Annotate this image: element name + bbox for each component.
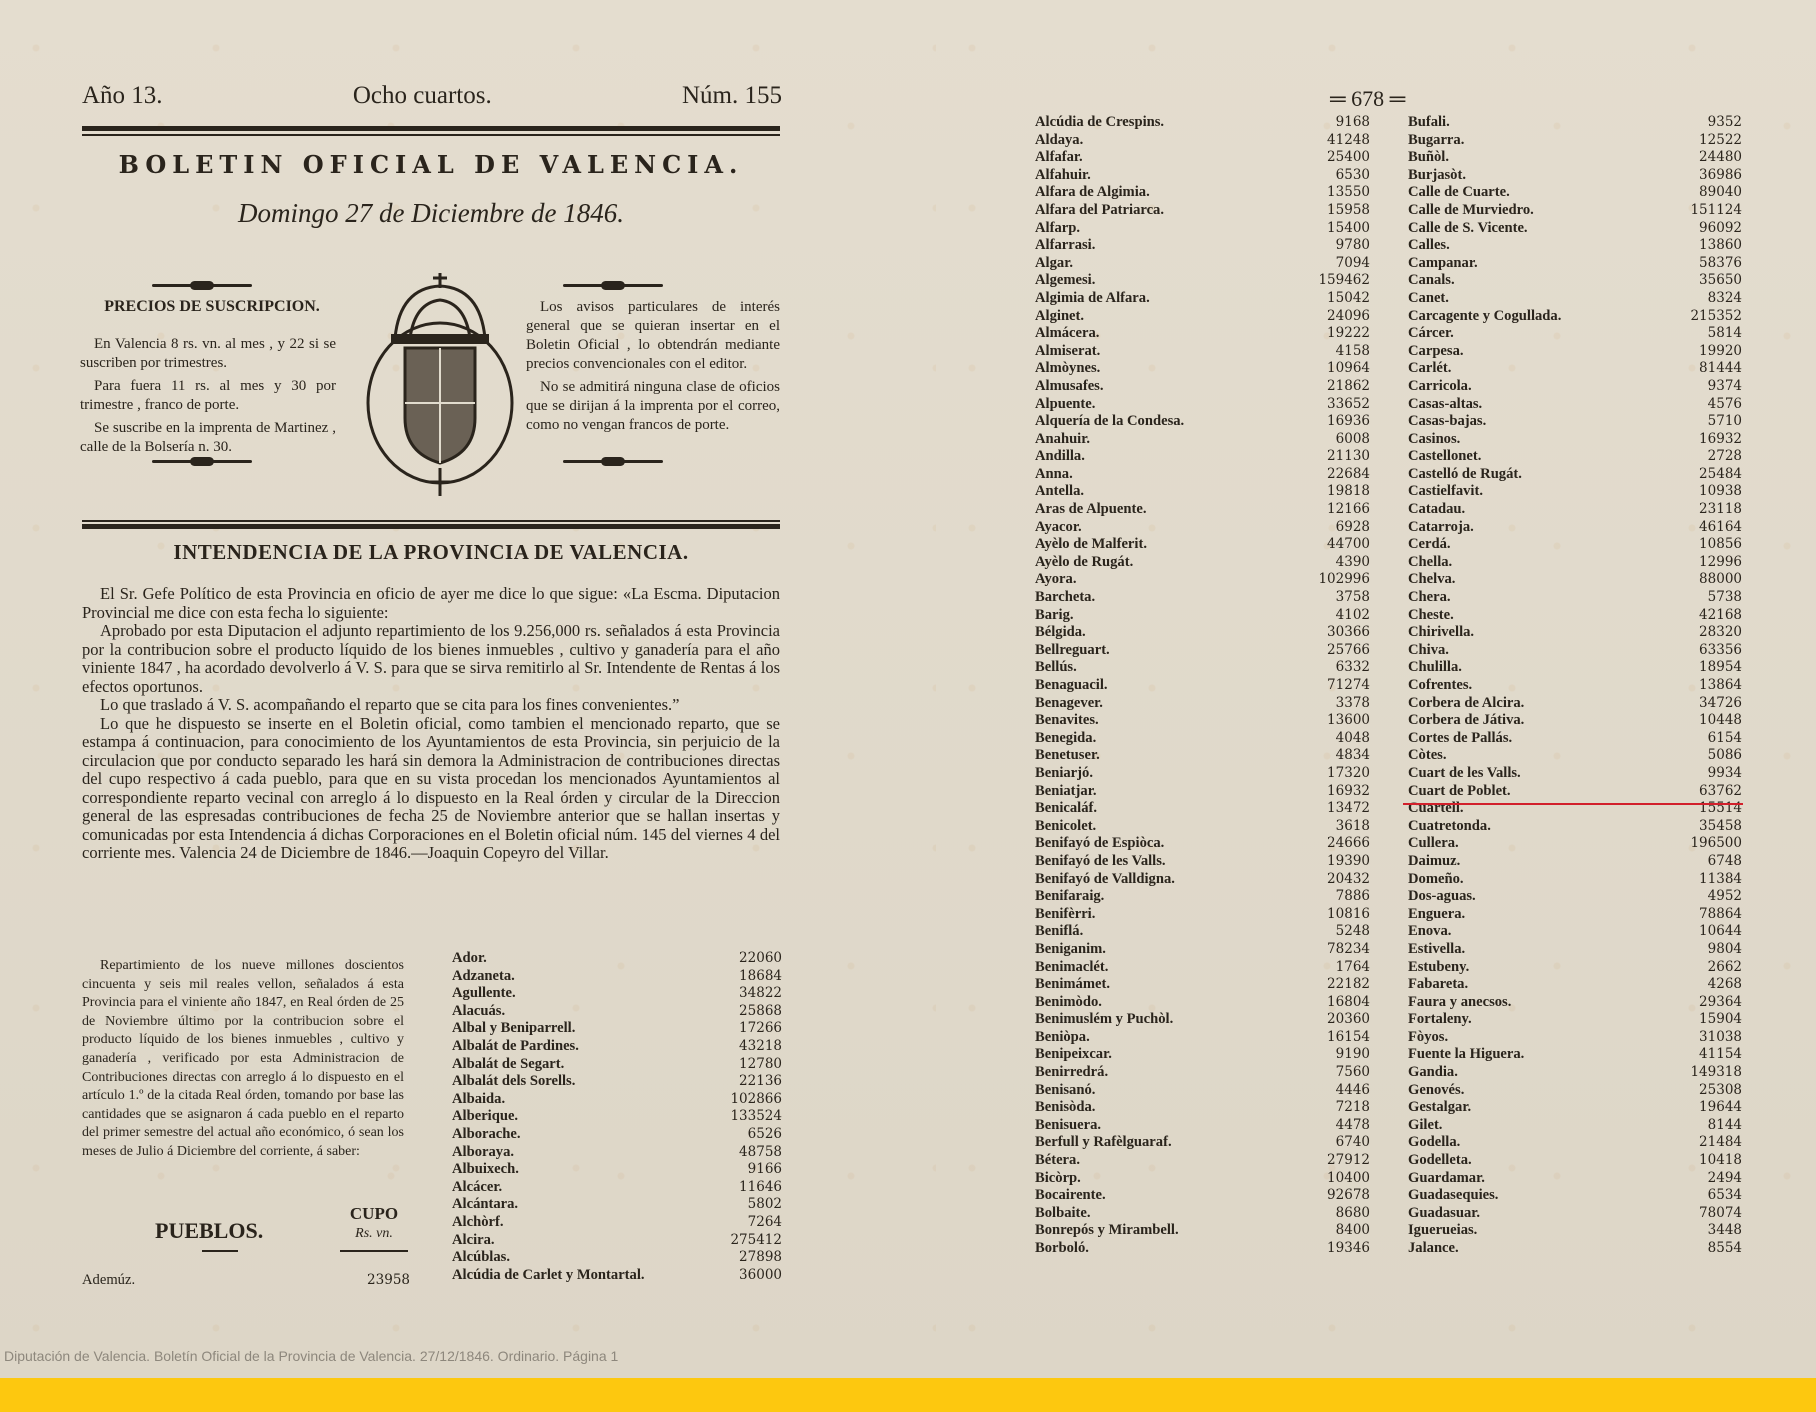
list-item: Benagever.3378 bbox=[1035, 695, 1370, 713]
entry-name: Dos-aguas. bbox=[1408, 888, 1476, 906]
list-item: Alfarp.15400 bbox=[1035, 220, 1370, 238]
entry-value: 81444 bbox=[1699, 360, 1742, 378]
entry-name: Alacuás. bbox=[452, 1003, 505, 1021]
list-item: Alfafar.25400 bbox=[1035, 149, 1370, 167]
body-p3: Lo que traslado á V. S. acompañando el r… bbox=[82, 696, 780, 715]
entry-name: Cuart de les Valls. bbox=[1408, 765, 1521, 783]
list-item: Ador.22060 bbox=[452, 950, 782, 968]
entry-name: Bolbaite. bbox=[1035, 1205, 1091, 1223]
list-item: Catadau.23118 bbox=[1408, 501, 1742, 519]
entry-value: 25484 bbox=[1699, 466, 1742, 484]
entry-value: 28320 bbox=[1699, 624, 1742, 642]
entry-value: 44700 bbox=[1327, 536, 1370, 554]
entry-name: Barig. bbox=[1035, 607, 1074, 625]
entry-value: 12996 bbox=[1699, 554, 1742, 572]
entry-name: Calle de S. Vicente. bbox=[1408, 220, 1528, 238]
list-item: Chiva.63356 bbox=[1408, 642, 1742, 660]
entry-name: Guadasequies. bbox=[1408, 1187, 1498, 1205]
entry-value: 9934 bbox=[1708, 765, 1742, 783]
notices-text: Los avisos particulares de interés gener… bbox=[526, 298, 780, 435]
entry-value: 4952 bbox=[1708, 888, 1742, 906]
entry-value: 78074 bbox=[1699, 1205, 1742, 1223]
list-item: Casinos.16932 bbox=[1408, 431, 1742, 449]
entry-value: 7094 bbox=[1336, 255, 1370, 273]
entry-name: Calle de Cuarte. bbox=[1408, 184, 1510, 202]
entry-name: Chiva. bbox=[1408, 642, 1449, 660]
list-item: Chelva.88000 bbox=[1408, 571, 1742, 589]
entry-name: Benicaláf. bbox=[1035, 800, 1097, 818]
entry-value: 21130 bbox=[1327, 448, 1370, 466]
entry-value: 4268 bbox=[1708, 976, 1742, 994]
entry-value: 21862 bbox=[1327, 378, 1370, 396]
subscription-text: En Valencia 8 rs. vn. al mes , y 22 si s… bbox=[80, 335, 336, 457]
list-item: Alchòrf.7264 bbox=[452, 1214, 782, 1232]
entry-name: Estivella. bbox=[1408, 941, 1465, 959]
entry-name: Iguerueias. bbox=[1408, 1222, 1477, 1240]
list-item: Barcheta.3758 bbox=[1035, 589, 1370, 607]
entry-name: Ador. bbox=[452, 950, 487, 968]
entry-value: 63762 bbox=[1699, 783, 1742, 801]
entry-name: Guardamar. bbox=[1408, 1170, 1485, 1188]
list-item: Benimámet.22182 bbox=[1035, 976, 1370, 994]
entry-value: 10856 bbox=[1699, 536, 1742, 554]
list-item: Corbera de Játiva.10448 bbox=[1408, 712, 1742, 730]
list-item: Almòynes.10964 bbox=[1035, 360, 1370, 378]
list-item: Carpesa.19920 bbox=[1408, 343, 1742, 361]
pueblos-header: PUEBLOS. bbox=[155, 1218, 263, 1244]
entry-value: 6008 bbox=[1336, 431, 1370, 449]
entry-value: 25400 bbox=[1327, 149, 1370, 167]
header-rule bbox=[82, 126, 780, 131]
list-item: Benimaclét.1764 bbox=[1035, 959, 1370, 977]
list-item: Benifayó de Espiòca.24666 bbox=[1035, 835, 1370, 853]
entry-name: Adzaneta. bbox=[452, 968, 515, 986]
entry-name: Jalance. bbox=[1408, 1240, 1459, 1258]
entry-name: Enguera. bbox=[1408, 906, 1465, 924]
list-item: Estivella.9804 bbox=[1408, 941, 1742, 959]
list-item: Ayora.102996 bbox=[1035, 571, 1370, 589]
list-item: Beniganim.78234 bbox=[1035, 941, 1370, 959]
entry-value: 23958 bbox=[367, 1272, 410, 1290]
entry-name: Albalát de Pardines. bbox=[452, 1038, 579, 1056]
list-item: Cullera.196500 bbox=[1408, 835, 1742, 853]
entry-name: Beniganim. bbox=[1035, 941, 1106, 959]
entry-name: Benimòdo. bbox=[1035, 994, 1102, 1012]
list-item: Benifayó de Valldigna.20432 bbox=[1035, 871, 1370, 889]
entry-value: 151124 bbox=[1690, 202, 1742, 220]
page-number: ═ 678 ═ bbox=[1330, 86, 1405, 112]
entry-value: 9374 bbox=[1708, 378, 1742, 396]
entry-value: 24096 bbox=[1327, 308, 1370, 326]
list-item: Benaguacil.71274 bbox=[1035, 677, 1370, 695]
entry-name: Anna. bbox=[1035, 466, 1073, 484]
entry-value: 9190 bbox=[1336, 1046, 1370, 1064]
section-rule-thick bbox=[82, 524, 780, 529]
entry-value: 2494 bbox=[1708, 1170, 1742, 1188]
list-item: Alpuente.33652 bbox=[1035, 396, 1370, 414]
entry-name: Aras de Alpuente. bbox=[1035, 501, 1146, 519]
entry-name: Benipeixcar. bbox=[1035, 1046, 1112, 1064]
list-item: Castelló de Rugát.25484 bbox=[1408, 466, 1742, 484]
list-item: Alcántara.5802 bbox=[452, 1196, 782, 1214]
body-p1: El Sr. Gefe Político de esta Provincia e… bbox=[82, 585, 780, 622]
entry-name: Alfara de Algimia. bbox=[1035, 184, 1150, 202]
list-item: Chirivella.28320 bbox=[1408, 624, 1742, 642]
list-item: Carricola.9374 bbox=[1408, 378, 1742, 396]
list-item: Burjasòt.36986 bbox=[1408, 167, 1742, 185]
list-item: Ayèlo de Rugát.4390 bbox=[1035, 554, 1370, 572]
entry-name: Benifayó de les Valls. bbox=[1035, 853, 1166, 871]
list-item: Alboraya.48758 bbox=[452, 1144, 782, 1162]
cupo-title: CUPO bbox=[340, 1204, 408, 1224]
list-item: Guardamar.2494 bbox=[1408, 1170, 1742, 1188]
entry-name: Alfahuir. bbox=[1035, 167, 1091, 185]
entry-value: 9352 bbox=[1708, 114, 1742, 132]
entry-name: Gilet. bbox=[1408, 1117, 1442, 1135]
list-item: Bélgida.30366 bbox=[1035, 624, 1370, 642]
entry-name: Alborache. bbox=[452, 1126, 521, 1144]
entry-value: 10964 bbox=[1327, 360, 1370, 378]
entry-name: Cuatretonda. bbox=[1408, 818, 1491, 836]
entry-name: Benifaraig. bbox=[1035, 888, 1104, 906]
entry-name: Bugarra. bbox=[1408, 132, 1464, 150]
list-item: Alcúblas.27898 bbox=[452, 1249, 782, 1267]
entry-name: Cuart de Poblet. bbox=[1408, 783, 1511, 801]
entry-value: 7264 bbox=[748, 1214, 782, 1232]
entry-value: 36000 bbox=[739, 1267, 782, 1285]
entry-name: Ayora. bbox=[1035, 571, 1076, 589]
list-item: Cortes de Pallás.6154 bbox=[1408, 730, 1742, 748]
entry-value: 7560 bbox=[1336, 1064, 1370, 1082]
entry-value: 78864 bbox=[1699, 906, 1742, 924]
issue-header: Año 13. Ocho cuartos. Núm. 155 bbox=[82, 82, 782, 110]
body-p2: Aprobado por esta Diputacion el adjunto … bbox=[82, 622, 780, 696]
list-item: Anahuir.6008 bbox=[1035, 431, 1370, 449]
highlight-underline bbox=[1403, 803, 1743, 805]
list-item: Chera.5738 bbox=[1408, 589, 1742, 607]
entry-value: 16932 bbox=[1327, 783, 1370, 801]
notices-p2: No se admitirá ninguna clase de oficios … bbox=[526, 378, 780, 435]
entry-value: 5738 bbox=[1708, 589, 1742, 607]
entry-value: 4834 bbox=[1336, 747, 1370, 765]
ornament-divider-icon bbox=[563, 460, 663, 463]
entry-value: 5248 bbox=[1336, 923, 1370, 941]
entry-value: 48758 bbox=[739, 1144, 782, 1162]
entry-value: 13600 bbox=[1327, 712, 1370, 730]
list-item: Alfara del Patriarca.15958 bbox=[1035, 202, 1370, 220]
entry-name: Almácera. bbox=[1035, 325, 1099, 343]
entry-name: Berfull y Rafèlguaraf. bbox=[1035, 1134, 1172, 1152]
list-item: Chulilla.18954 bbox=[1408, 659, 1742, 677]
entry-value: 4048 bbox=[1336, 730, 1370, 748]
entry-value: 13864 bbox=[1699, 677, 1742, 695]
entry-name: Alfarp. bbox=[1035, 220, 1080, 238]
list-item: Cofrentes.13864 bbox=[1408, 677, 1742, 695]
entry-name: Algar. bbox=[1035, 255, 1073, 273]
subscription-p1: En Valencia 8 rs. vn. al mes , y 22 si s… bbox=[80, 335, 336, 373]
list-item: Berfull y Rafèlguaraf.6740 bbox=[1035, 1134, 1370, 1152]
entry-value: 25766 bbox=[1327, 642, 1370, 660]
entry-value: 8144 bbox=[1708, 1117, 1742, 1135]
entry-value: 3758 bbox=[1336, 589, 1370, 607]
entry-name: Casinos. bbox=[1408, 431, 1460, 449]
dateline: Domingo 27 de Diciembre de 1846. bbox=[82, 198, 780, 229]
entry-value: 6530 bbox=[1336, 167, 1370, 185]
entry-name: Benimámet. bbox=[1035, 976, 1110, 994]
entry-name: Benagever. bbox=[1035, 695, 1103, 713]
list-item: Agullente.34822 bbox=[452, 985, 782, 1003]
entry-value: 8400 bbox=[1336, 1222, 1370, 1240]
list-item: Alfara de Algimia.13550 bbox=[1035, 184, 1370, 202]
entry-name: Corbera de Alcira. bbox=[1408, 695, 1524, 713]
entry-value: 16804 bbox=[1327, 994, 1370, 1012]
entry-name: Chella. bbox=[1408, 554, 1452, 572]
list-item: Bellreguart.25766 bbox=[1035, 642, 1370, 660]
entry-name: Bocairente. bbox=[1035, 1187, 1106, 1205]
list-item: Faura y anecsos.29364 bbox=[1408, 994, 1742, 1012]
entry-value: 10644 bbox=[1699, 923, 1742, 941]
entry-value: 20360 bbox=[1327, 1011, 1370, 1029]
entry-name: Barcheta. bbox=[1035, 589, 1095, 607]
list-item: Albalát de Pardines.43218 bbox=[452, 1038, 782, 1056]
entry-name: Benaguacil. bbox=[1035, 677, 1108, 695]
entry-value: 46164 bbox=[1699, 519, 1742, 537]
entry-value: 10816 bbox=[1327, 906, 1370, 924]
list-item: Benavites.13600 bbox=[1035, 712, 1370, 730]
entry-name: Alfafar. bbox=[1035, 149, 1083, 167]
list-item: Antella.19818 bbox=[1035, 483, 1370, 501]
list-item: Alberique.133524 bbox=[452, 1108, 782, 1126]
list-item: Calles.13860 bbox=[1408, 237, 1742, 255]
entry-name: Daimuz. bbox=[1408, 853, 1460, 871]
first-entry-row: Ademúz. 23958 bbox=[82, 1272, 410, 1290]
list-item: Calle de Murviedro.151124 bbox=[1408, 202, 1742, 220]
entry-name: Chera. bbox=[1408, 589, 1451, 607]
issue-price: Ocho cuartos. bbox=[353, 82, 492, 110]
entry-value: 5802 bbox=[748, 1196, 782, 1214]
entry-value: 34822 bbox=[739, 985, 782, 1003]
entry-value: 22060 bbox=[739, 950, 782, 968]
entry-value: 9168 bbox=[1336, 114, 1370, 132]
entry-value: 4102 bbox=[1336, 607, 1370, 625]
entry-value: 4478 bbox=[1336, 1117, 1370, 1135]
municipality-list-page2-col1: Alcúdia de Crespins.9168Aldaya.41248Alfa… bbox=[1035, 114, 1370, 1258]
list-item: Bellús.6332 bbox=[1035, 659, 1370, 677]
entry-value: 17320 bbox=[1327, 765, 1370, 783]
issue-number: Núm. 155 bbox=[682, 82, 782, 110]
entry-value: 78234 bbox=[1327, 941, 1370, 959]
entry-value: 3378 bbox=[1336, 695, 1370, 713]
list-item: Benicaláf.13472 bbox=[1035, 800, 1370, 818]
list-item: Gandia.149318 bbox=[1408, 1064, 1742, 1082]
body-p4: Lo que he dispuesto se inserte en el Bol… bbox=[82, 715, 780, 863]
list-item: Beniòpa.16154 bbox=[1035, 1029, 1370, 1047]
entry-name: Cárcer. bbox=[1408, 325, 1454, 343]
list-item: Fuente la Higuera.41154 bbox=[1408, 1046, 1742, 1064]
entry-name: Albalát dels Sorells. bbox=[452, 1073, 575, 1091]
list-item: Benifèrri.10816 bbox=[1035, 906, 1370, 924]
entry-value: 36986 bbox=[1699, 167, 1742, 185]
entry-value: 89040 bbox=[1699, 184, 1742, 202]
list-item: Almácera.19222 bbox=[1035, 325, 1370, 343]
list-item: Cuart de les Valls.9934 bbox=[1408, 765, 1742, 783]
entry-value: 19346 bbox=[1327, 1240, 1370, 1258]
list-item: Casas-altas.4576 bbox=[1408, 396, 1742, 414]
entry-name: Buñòl. bbox=[1408, 149, 1449, 167]
list-item: Almiserat.4158 bbox=[1035, 343, 1370, 361]
entry-name: Benirredrá. bbox=[1035, 1064, 1108, 1082]
entry-value: 13860 bbox=[1699, 237, 1742, 255]
entry-name: Ademúz. bbox=[82, 1272, 135, 1290]
subscription-title: PRECIOS DE SUSCRIPCION. bbox=[88, 298, 336, 316]
entry-value: 3618 bbox=[1336, 818, 1370, 836]
entry-value: 196500 bbox=[1690, 835, 1742, 853]
entry-value: 15958 bbox=[1327, 202, 1370, 220]
list-item: Beniatjar.16932 bbox=[1035, 783, 1370, 801]
list-item: Carcagente y Cogullada.215352 bbox=[1408, 308, 1742, 326]
entry-name: Algimia de Alfara. bbox=[1035, 290, 1150, 308]
entry-value: 133524 bbox=[730, 1108, 782, 1126]
entry-name: Chulilla. bbox=[1408, 659, 1462, 677]
list-item: Albalát de Segart.12780 bbox=[452, 1056, 782, 1074]
entry-value: 102866 bbox=[730, 1091, 782, 1109]
list-item: Corbera de Alcira.34726 bbox=[1408, 695, 1742, 713]
entry-name: Canals. bbox=[1408, 272, 1455, 290]
entry-value: 15400 bbox=[1327, 220, 1370, 238]
list-item: Algemesi.159462 bbox=[1035, 272, 1370, 290]
entry-name: Agullente. bbox=[452, 985, 516, 1003]
list-item: Domeño.11384 bbox=[1408, 871, 1742, 889]
entry-value: 30366 bbox=[1327, 624, 1370, 642]
section-body: El Sr. Gefe Político de esta Provincia e… bbox=[82, 585, 780, 863]
entry-name: Carlét. bbox=[1408, 360, 1451, 378]
entry-name: Benetuser. bbox=[1035, 747, 1100, 765]
entry-value: 12780 bbox=[739, 1056, 782, 1074]
entry-name: Benavites. bbox=[1035, 712, 1099, 730]
entry-value: 58376 bbox=[1699, 255, 1742, 273]
entry-name: Fabareta. bbox=[1408, 976, 1468, 994]
entry-name: Carpesa. bbox=[1408, 343, 1464, 361]
list-item: Calle de Cuarte.89040 bbox=[1408, 184, 1742, 202]
entry-name: Bélgida. bbox=[1035, 624, 1086, 642]
list-item: Benicolet.3618 bbox=[1035, 818, 1370, 836]
entry-value: 41154 bbox=[1699, 1046, 1742, 1064]
list-item: Cerdá.10856 bbox=[1408, 536, 1742, 554]
entry-name: Albal y Beniparrell. bbox=[452, 1020, 575, 1038]
list-item: Anna.22684 bbox=[1035, 466, 1370, 484]
entry-value: 19818 bbox=[1327, 483, 1370, 501]
entry-name: Bellús. bbox=[1035, 659, 1077, 677]
list-item: Alcúdia de Carlet y Montartal.36000 bbox=[452, 1267, 782, 1285]
entry-name: Benifèrri. bbox=[1035, 906, 1095, 924]
entry-name: Genovés. bbox=[1408, 1082, 1464, 1100]
entry-value: 16154 bbox=[1327, 1029, 1370, 1047]
list-item: Alfarrasi.9780 bbox=[1035, 237, 1370, 255]
list-item: Barig.4102 bbox=[1035, 607, 1370, 625]
entry-name: Bellreguart. bbox=[1035, 642, 1110, 660]
list-item: Benifaraig.7886 bbox=[1035, 888, 1370, 906]
list-item: Benipeixcar.9190 bbox=[1035, 1046, 1370, 1064]
entry-value: 29364 bbox=[1699, 994, 1742, 1012]
entry-name: Carricola. bbox=[1408, 378, 1472, 396]
entry-value: 7886 bbox=[1336, 888, 1370, 906]
entry-value: 7218 bbox=[1336, 1099, 1370, 1117]
list-item: Bolbaite.8680 bbox=[1035, 1205, 1370, 1223]
entry-name: Còtes. bbox=[1408, 747, 1447, 765]
entry-value: 88000 bbox=[1699, 571, 1742, 589]
entry-value: 42168 bbox=[1699, 607, 1742, 625]
entry-value: 34726 bbox=[1699, 695, 1742, 713]
entry-name: Calle de Murviedro. bbox=[1408, 202, 1534, 220]
entry-value: 92678 bbox=[1327, 1187, 1370, 1205]
entry-value: 5086 bbox=[1708, 747, 1742, 765]
entry-name: Bonrepós y Mirambell. bbox=[1035, 1222, 1179, 1240]
entry-name: Alcúdia de Crespins. bbox=[1035, 114, 1164, 132]
list-item: Godelleta.10418 bbox=[1408, 1152, 1742, 1170]
entry-value: 6526 bbox=[748, 1126, 782, 1144]
entry-value: 63356 bbox=[1699, 642, 1742, 660]
entry-name: Bufali. bbox=[1408, 114, 1450, 132]
list-item: Catarroja.46164 bbox=[1408, 519, 1742, 537]
list-item: Canet.8324 bbox=[1408, 290, 1742, 308]
list-item: Algimia de Alfara.15042 bbox=[1035, 290, 1370, 308]
list-item: Daimuz.6748 bbox=[1408, 853, 1742, 871]
entry-value: 41248 bbox=[1327, 132, 1370, 150]
list-item: Bonrepós y Mirambell.8400 bbox=[1035, 1222, 1370, 1240]
cupo-unit: Rs. vn. bbox=[340, 1224, 408, 1244]
entry-value: 11384 bbox=[1699, 871, 1742, 889]
list-item: Gilet.8144 bbox=[1408, 1117, 1742, 1135]
entry-name: Godelleta. bbox=[1408, 1152, 1472, 1170]
list-item: Almusafes.21862 bbox=[1035, 378, 1370, 396]
list-item: Benimòdo.16804 bbox=[1035, 994, 1370, 1012]
entry-name: Alginet. bbox=[1035, 308, 1084, 326]
list-item: Chella.12996 bbox=[1408, 554, 1742, 572]
list-item: Dos-aguas.4952 bbox=[1408, 888, 1742, 906]
entry-value: 9804 bbox=[1708, 941, 1742, 959]
entry-name: Carcagente y Cogullada. bbox=[1408, 308, 1561, 326]
entry-value: 215352 bbox=[1690, 308, 1742, 326]
list-item: Alcira.275412 bbox=[452, 1232, 782, 1250]
entry-name: Casas-altas. bbox=[1408, 396, 1482, 414]
entry-value: 18954 bbox=[1699, 659, 1742, 677]
entry-value: 19222 bbox=[1327, 325, 1370, 343]
entry-name: Guadasuar. bbox=[1408, 1205, 1480, 1223]
list-item: Cuatretonda.35458 bbox=[1408, 818, 1742, 836]
entry-name: Gestalgar. bbox=[1408, 1099, 1471, 1117]
list-item: Bugarra.12522 bbox=[1408, 132, 1742, 150]
list-item: Alginet.24096 bbox=[1035, 308, 1370, 326]
entry-name: Beniòpa. bbox=[1035, 1029, 1090, 1047]
entry-name: Domeño. bbox=[1408, 871, 1464, 889]
list-item: Guadasequies.6534 bbox=[1408, 1187, 1742, 1205]
list-item: Alacuás.25868 bbox=[452, 1003, 782, 1021]
list-item: Castellonet.2728 bbox=[1408, 448, 1742, 466]
entry-name: Albalát de Segart. bbox=[452, 1056, 564, 1074]
entry-name: Beniarjó. bbox=[1035, 765, 1093, 783]
entry-value: 11646 bbox=[739, 1179, 782, 1197]
entry-value: 5710 bbox=[1708, 413, 1742, 431]
list-item: Ayacor.6928 bbox=[1035, 519, 1370, 537]
entry-name: Almiserat. bbox=[1035, 343, 1100, 361]
entry-name: Alfarrasi. bbox=[1035, 237, 1095, 255]
entry-name: Calles. bbox=[1408, 237, 1450, 255]
list-item: Benisuera.4478 bbox=[1035, 1117, 1370, 1135]
masthead-title: BOLETIN OFICIAL DE VALENCIA. bbox=[82, 150, 780, 179]
entry-name: Catadau. bbox=[1408, 501, 1465, 519]
list-item: Alcácer.11646 bbox=[452, 1179, 782, 1197]
entry-name: Godella. bbox=[1408, 1134, 1460, 1152]
